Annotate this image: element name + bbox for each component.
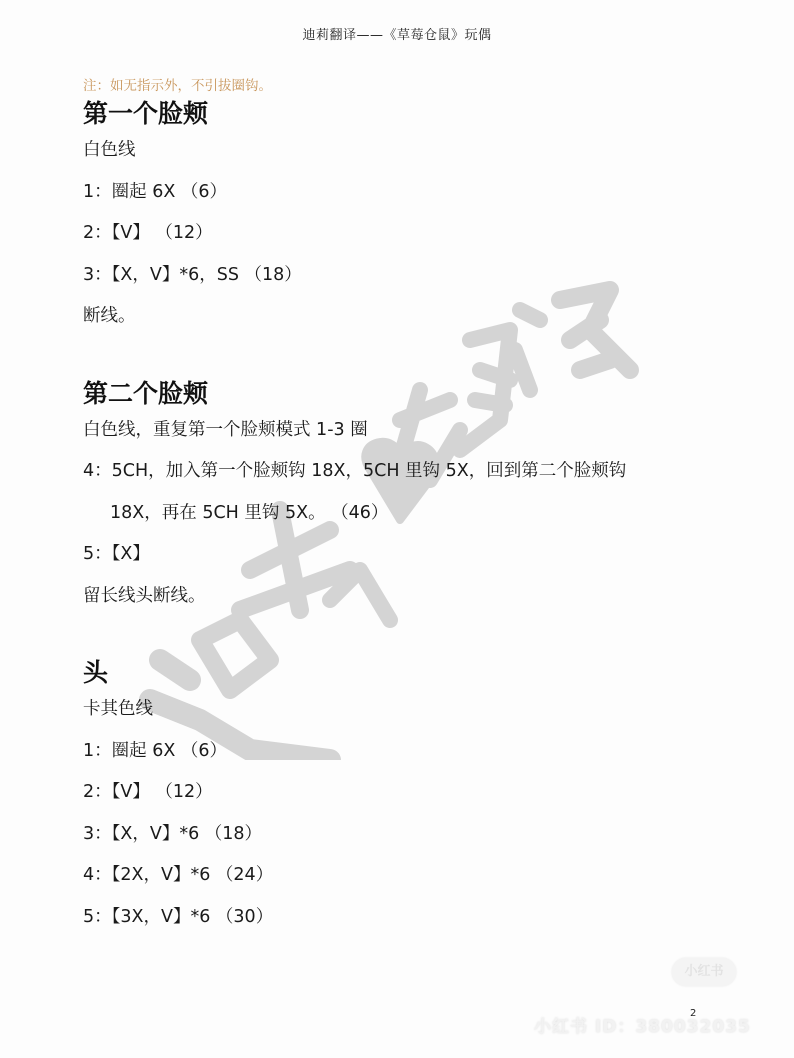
section-title: 第一个脸颊 <box>83 98 763 130</box>
yarn-color: 卡其色线 <box>83 689 763 731</box>
round-instruction: 3：【X，V】*6 （18） <box>83 814 763 856</box>
xiaohongshu-badge: 小红书 <box>672 958 736 986</box>
xiaohongshu-id-watermark: 小红书 ID：380032035 <box>534 1012 751 1037</box>
finish-instruction: 断线。 <box>83 296 763 338</box>
yarn-color: 白色线，重复第一个脸颊模式 1-3 圈 <box>83 410 763 452</box>
page-number: 2 <box>690 1008 696 1019</box>
round-instruction: 5：【3X，V】*6 （30） <box>83 897 763 939</box>
round-instruction: 1：圈起 6X （6） <box>83 731 763 773</box>
section-title: 第二个脸颊 <box>83 378 763 410</box>
note-text: 注：如无指示外，不引拔圈钩。 <box>83 74 763 98</box>
section-title: 头 <box>83 657 763 689</box>
round-instruction: 4：5CH，加入第一个脸颊钩 18X，5CH 里钩 5X，回到第二个脸颊钩 <box>83 451 763 493</box>
page-header-title: 迪莉翻译——《草莓仓鼠》玩偶 <box>0 24 794 43</box>
yarn-color: 白色线 <box>83 130 763 172</box>
round-instruction: 2：【V】 （12） <box>83 772 763 814</box>
section-first-cheek: 第一个脸颊 白色线 1：圈起 6X （6） 2：【V】 （12） 3：【X，V】… <box>83 98 763 338</box>
document-body: 注：如无指示外，不引拔圈钩。 第一个脸颊 白色线 1：圈起 6X （6） 2：【… <box>83 74 763 938</box>
round-instruction: 1：圈起 6X （6） <box>83 172 763 214</box>
round-instruction: 2：【V】 （12） <box>83 213 763 255</box>
round-instruction: 3：【X，V】*6，SS （18） <box>83 255 763 297</box>
round-instruction: 5：【X】 <box>83 534 763 576</box>
round-instruction-continued: 18X，再在 5CH 里钩 5X。 （46） <box>83 493 763 535</box>
finish-instruction: 留长线头断线。 <box>83 576 763 618</box>
round-instruction: 4：【2X，V】*6 （24） <box>83 855 763 897</box>
section-head: 头 卡其色线 1：圈起 6X （6） 2：【V】 （12） 3：【X，V】*6 … <box>83 657 763 938</box>
section-second-cheek: 第二个脸颊 白色线，重复第一个脸颊模式 1-3 圈 4：5CH，加入第一个脸颊钩… <box>83 378 763 618</box>
